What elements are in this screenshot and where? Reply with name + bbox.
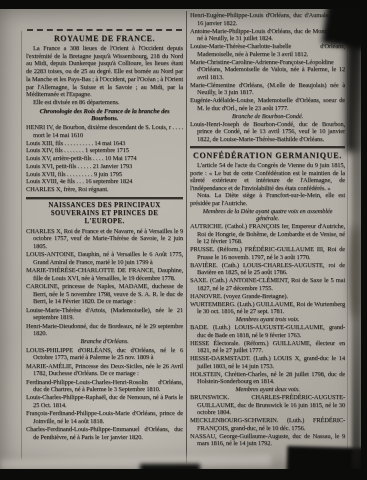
king-line: Louis XIV, fils . . . . . . . 1 septembr… <box>26 147 183 155</box>
section-title-royaume: ROYAUME DE FRANCE. <box>26 34 183 43</box>
scan-artifact-right-band <box>352 9 361 469</box>
royal-entry: Marie-Clémentine d'Orléans, (M.elle de B… <box>190 82 345 97</box>
royal-entry: LOUIS-PHILIPPE d'ORLÉANS, duc d'Orléans,… <box>26 347 183 362</box>
royal-entry: Louis-Henri-Joseph de Bourbon-Condé, duc… <box>190 121 345 144</box>
royal-entry: Antoine-Marie-Philippe-Louis d'Orléans, … <box>190 28 345 43</box>
paragraph-nota: Nota. La Diète siège à Francfort-sur-le-… <box>190 192 345 207</box>
branch-title-bourbon-conde: Branche de Bourbon-Condé. <box>194 113 341 121</box>
section-title-naissances: NAISSANCES DES PRINCIPAUX SOUVERAINS ET … <box>32 202 177 226</box>
royal-entry: Ferdinand-Philippe-Louis-Charles-Henri-R… <box>26 379 183 394</box>
member-entry: SAXE. (Cath.) ANTOINE-CLÉMENT, Roi de Sa… <box>190 277 345 292</box>
paragraph-departements: Elle est divisée en 86 départemens. <box>26 99 183 107</box>
member-entry: HOLSTEIN, Chrétien-Charles, né le 28 jui… <box>190 371 345 386</box>
member-entry: BADE. (Luth.) LOUIS-AUGUSTE-GUILLAUME, g… <box>190 324 345 339</box>
royal-entry: MARIE-THÉRÈSE-CHARLOTTE DE FRANCE, Dauph… <box>26 267 183 282</box>
member-entry: NASSAU, George-Guillaume-Auguste, duc de… <box>190 433 345 448</box>
royal-entry: François-Ferdinand-Philippe-Louis-Marie … <box>26 410 183 425</box>
left-column: ROYAUME DE FRANCE.La France a 308 lieues… <box>26 13 183 442</box>
royal-entry: Charles-Ferdinand-Louis-Philippe-Emmanue… <box>26 426 183 441</box>
branch-title-orleans: Branche d'Orléans. <box>30 338 179 346</box>
membres-quatre-voix-title: Membres de la Diète ayant quatre voix en… <box>194 208 341 223</box>
member-entry: AUTRICHE. (Cathol.) FRANÇOIS Ier, Empere… <box>190 223 345 246</box>
king-line: Louis XVIII, 4e fils . . . 16 septembre … <box>26 178 183 186</box>
royal-entry: Louise-Marie-Thérèse-Charlotte-Isabelle … <box>190 43 345 58</box>
section-title-confederation: CONFÉDÉRATION GERMANIQUE. <box>190 151 345 160</box>
king-line: Louis XVI, petit-fils . . . . . 21 Janvi… <box>26 163 183 171</box>
king-line: Louis XV, arrière-petit-fils . . . . 10 … <box>26 155 183 163</box>
royal-entry: Louise-Marie-Thérèse d'Artois, (Mademois… <box>26 307 183 322</box>
scan-artifact-bottom-right <box>287 446 361 469</box>
section-rule <box>190 146 345 148</box>
section-title-chronologie: Chronologie des Rois de France de la bra… <box>34 108 175 123</box>
paragraph-france-geography: La France a 308 lieues de l'Orient à l'O… <box>26 45 183 99</box>
member-entry: BRUNSWICK. CHARLES-FRÉDÉRIC-AUGUSTE-GUIL… <box>190 394 345 417</box>
top-margin <box>26 13 183 29</box>
scanned-page: ROYAUME DE FRANCE.La France a 308 lieues… <box>0 0 367 480</box>
royal-entry: Henri-Eugène-Philippe-Louis d'Orléans, d… <box>190 12 345 27</box>
right-margin-rule <box>347 11 348 457</box>
left-margin-rule <box>21 31 22 459</box>
member-entry: HESSE Électorale. (Réform.) GUILLAUME, é… <box>190 340 345 355</box>
royal-entry: LOUIS-ANTOINE, Dauphin, né à Versailles … <box>26 251 183 266</box>
member-entry: BAVIÈRE. (Cath.) LOUIS-CHARLES-AUGUSTE, … <box>190 262 345 277</box>
king-line: HENRI IV, de Bourbon, dixième descendant… <box>26 124 183 139</box>
royal-entry: Louis-Charles-Philippe-Raphaël, duc de N… <box>26 394 183 409</box>
paper: ROYAUME DE FRANCE.La France a 308 lieues… <box>0 9 361 469</box>
membres-deux-voix-title: Membres ayant deux voix. <box>194 386 341 394</box>
right-column: Henri-Eugène-Philippe-Louis d'Orléans, d… <box>190 12 345 448</box>
member-entry: MECKLENBOURG-SCHWERIN. (Luth.) FRÉDÉRIC-… <box>190 417 345 432</box>
king-line: Louis XVII, fils . . . . . . . . . 9 jui… <box>26 171 183 179</box>
member-entry: HESSE-DARMSTADT. (Luth.) LOUIS X, grand-… <box>190 355 345 370</box>
member-entry: HANOVRE. (voyez Grande-Bretagne). <box>190 293 345 301</box>
column-divider-rule <box>186 11 187 463</box>
scan-artifact-mid-smudge <box>350 224 361 319</box>
scan-artifact-bottom-crease <box>0 455 271 469</box>
royal-entry: Eugénie-Adélaïde-Louise, Mademoiselle d'… <box>190 97 345 112</box>
member-entry: WURTEMBERG. (Luth.) GUILLAUME, Roi de Wu… <box>190 301 345 316</box>
section-rule <box>26 197 183 199</box>
king-line: Louis XIII, fils . . . . . . . . . . 14 … <box>26 140 183 148</box>
royal-entry: Marie-Christine-Caroline-Adrienne-Franço… <box>190 59 345 82</box>
royal-entry: Henri-Marie-Dieudonné, duc de Bordeaux, … <box>26 323 183 338</box>
paragraph-article-54: L'article 54 de l'acte du Congrès de Vie… <box>190 162 345 192</box>
top-rule <box>27 29 182 31</box>
king-line: CHARLES X, frère, Roi régnant. <box>26 186 183 194</box>
membres-trois-voix-title: Membres ayant trois voix. <box>194 316 341 324</box>
royal-entry: MARIE-AMÉLIE, Princesse des Deux-Siciles… <box>26 363 183 378</box>
scan-artifact-bottom-nick <box>140 464 200 469</box>
royal-entry: CHARLES X, Roi de France et de Navarre, … <box>26 228 183 251</box>
member-entry: PRUSSE. (Réform.) FRÉDÉRIC-GUILLAUME III… <box>190 246 345 261</box>
royal-entry: CAROLINE, princesse de Naples, MADAME, d… <box>26 283 183 306</box>
